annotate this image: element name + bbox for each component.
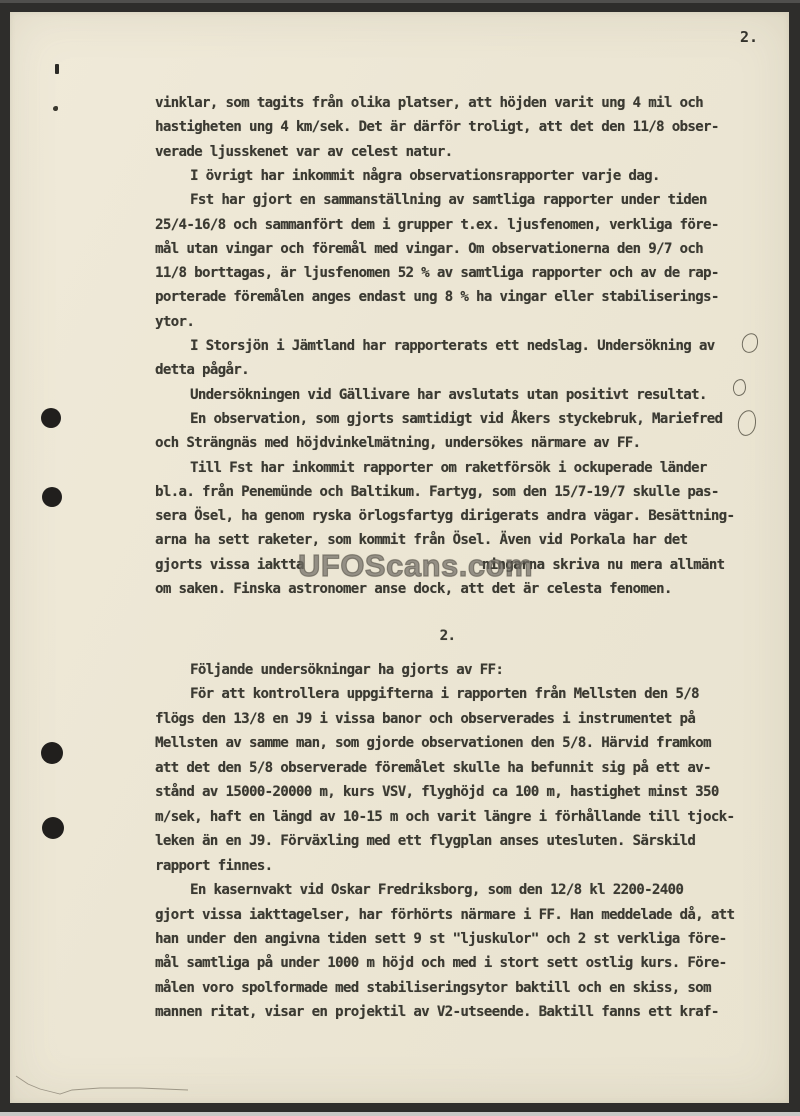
text-line: En observation, som gjorts samtidigt vid… (190, 411, 722, 427)
handwritten-circle-annotation (736, 409, 758, 438)
text-line: m/sek, haft en längd av 10-15 m och vari… (155, 809, 734, 825)
scratch-mark (10, 1060, 210, 1100)
section-heading: 2. (155, 628, 740, 644)
watermark: UFOScans.com (298, 548, 533, 584)
punch-dot (42, 817, 64, 839)
punch-dot (41, 742, 63, 764)
text-line: gjort vissa iakttagelser, har förhörts n… (155, 907, 734, 923)
paper: 2. UFOScans.com vinklar, som tagits från… (10, 12, 789, 1103)
text-line: vinklar, som tagits från olika platser, … (155, 95, 703, 111)
scan-area: { "document": { "page_number": "2.", "wa… (0, 0, 800, 1116)
text-line: För att kontrollera uppgifterna i rappor… (190, 686, 699, 702)
text-line: mannen ritat, visar en projektil av V2-u… (155, 1004, 719, 1020)
text-line: 25/4-16/8 och sammanfört dem i grupper t… (155, 217, 719, 233)
ink-speck (53, 106, 58, 111)
text-line: 11/8 borttagas, är ljusfenomen 52 % av s… (155, 265, 719, 281)
handwritten-circle-annotation (740, 331, 761, 355)
handwritten-circle-annotation (732, 378, 747, 397)
text-line: I övrigt har inkommit några observations… (190, 168, 660, 184)
text-line: I Storsjön i Jämtland har rapporterats e… (190, 338, 715, 354)
text-line: Fst har gjort en sammanställning av samt… (190, 192, 707, 208)
text-line: leken än en J9. Förväxling med ett flygp… (155, 833, 695, 849)
text-line: detta pågår. (155, 362, 249, 378)
page-number: 2. (740, 28, 758, 46)
scanner-top-edge (0, 0, 800, 3)
text-line: rapport finnes. (155, 858, 272, 874)
text-line: En kasernvakt vid Oskar Fredriksborg, so… (190, 882, 683, 898)
text-line: att det den 5/8 observerade föremålet sk… (155, 760, 711, 776)
text-line: mål utan vingar och föremål med vingar. … (155, 241, 703, 257)
punch-dot (41, 408, 61, 428)
ink-speck (55, 64, 59, 74)
scanner-bed-strip (0, 1112, 800, 1116)
text-line: stånd av 15000-20000 m, kurs VSV, flyghö… (155, 784, 719, 800)
text-line: Följande undersökningar ha gjorts av FF: (190, 662, 503, 678)
text-line: hastigheten ung 4 km/sek. Det är därför … (155, 119, 719, 135)
text-line: målen voro spolformade med stabilisering… (155, 980, 711, 996)
text-line: Undersökningen vid Gällivare har avsluta… (190, 387, 707, 403)
text-line: arna ha sett raketer, som kommit från Ös… (155, 532, 687, 548)
text-line: Till Fst har inkommit rapporter om raket… (190, 460, 707, 476)
text-line: bl.a. från Penemünde och Baltikum. Farty… (155, 484, 719, 500)
text-line: och Strängnäs med höjdvinkelmätning, und… (155, 435, 640, 451)
text-line: mål samtliga på under 1000 m höjd och me… (155, 955, 727, 971)
text-line: sera Ösel, ha genom ryska örlogsfartyg d… (155, 508, 734, 524)
text-line: ytor. (155, 314, 194, 330)
text-line: han under den angivna tiden sett 9 st "l… (155, 931, 727, 947)
text-line: verade ljusskenet var av celest natur. (155, 144, 453, 160)
punch-dot (42, 487, 62, 507)
text-line: flögs den 13/8 en J9 i vissa banor och o… (155, 711, 695, 727)
text-line: porterade föremålen anges endast ung 8 %… (155, 289, 719, 305)
text-line: Mellsten av samme man, som gjorde observ… (155, 735, 711, 751)
